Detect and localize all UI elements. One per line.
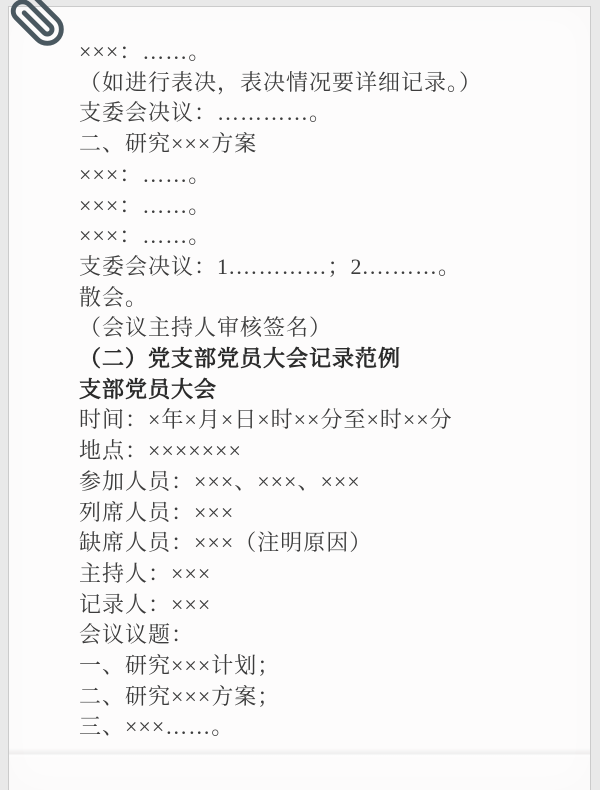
document-line: 二、研究×××方案 [79,129,566,160]
document-line: （会议主持人审核签名） [79,313,566,344]
document-line: 三、×××……。 [79,712,566,743]
section-heading: （二）党支部党员大会记录范例 [79,344,566,375]
document-content: ×××：……。 （如进行表决，表决情况要详细记录。） 支委会决议：…………。 二… [9,7,590,743]
document-line: 主持人：××× [79,559,566,590]
document-line: ×××：……。 [79,160,566,191]
page-bottom-edge-shadow [9,748,590,758]
document-line: ×××：……。 [79,221,566,252]
document-line: 支委会决议：1.…………；2.………。 [79,252,566,283]
subsection-title: 支部党员大会 [79,375,566,406]
document-line: 地点：××××××× [79,436,566,467]
document-line: （如进行表决，表决情况要详细记录。） [79,68,566,99]
document-line: 缺席人员：×××（注明原因） [79,528,566,559]
screenshot-canvas: ×××：……。 （如进行表决，表决情况要详细记录。） 支委会决议：…………。 二… [0,0,600,790]
document-line: 支委会决议：…………。 [79,98,566,129]
document-line: 散会。 [79,283,566,314]
document-line: 二、研究×××方案； [79,682,566,713]
document-line: 一、研究×××计划； [79,651,566,682]
document-line: 参加人员：×××、×××、××× [79,467,566,498]
document-line: 时间：×年×月×日×时××分至×时××分 [79,405,566,436]
document-line: ×××：……。 [79,191,566,222]
document-line: 会议议题： [79,620,566,651]
document-line: ×××：……。 [79,37,566,68]
document-page: ×××：……。 （如进行表决，表决情况要详细记录。） 支委会决议：…………。 二… [8,6,591,790]
document-line: 列席人员：××× [79,498,566,529]
document-line: 记录人：××× [79,590,566,621]
